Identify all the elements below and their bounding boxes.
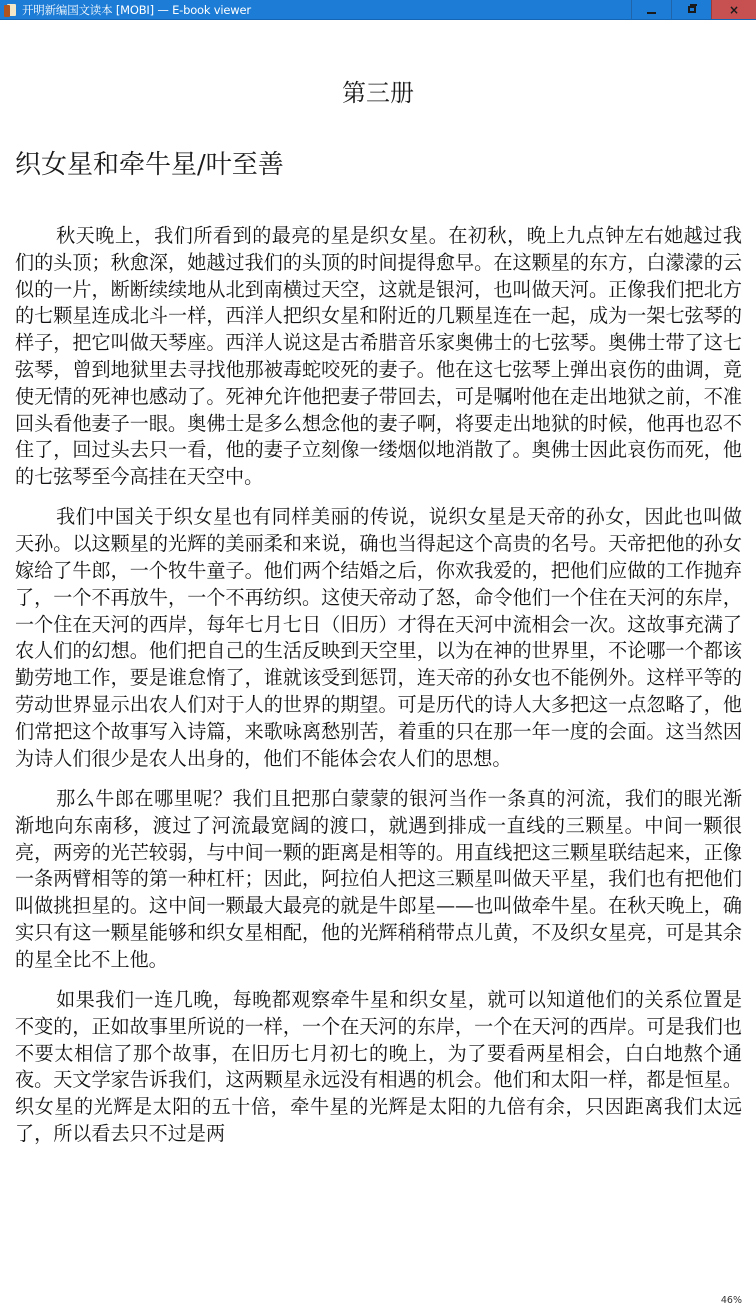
volume-heading: 第三册 [0, 77, 756, 109]
paragraph-1: 秋天晚上，我们所看到的最亮的星是织女星。在初秋，晚上九点钟左右她越过我们的头顶；… [15, 223, 742, 491]
paragraph-4: 如果我们一连几晚，每晚都观察牵牛星和织女星，就可以知道他们的关系位置是不变的，正… [15, 987, 742, 1148]
minimize-button[interactable] [631, 0, 671, 19]
paragraph-3: 那么牛郎在哪里呢？我们且把那白蒙蒙的银河当作一条真的河流，我们的眼光渐渐地向东南… [15, 786, 742, 974]
restore-button[interactable] [671, 0, 711, 19]
window-title: 开明新编国文读本 [MOBI] — E-book viewer [22, 2, 251, 18]
reading-area[interactable]: 秋天晚上，我们所看到的最亮的星是织女星。在初秋，晚上九点钟左右她越过我们的头顶；… [15, 223, 742, 1161]
titlebar-divider [0, 19, 756, 20]
close-button[interactable]: × [711, 0, 756, 19]
chapter-heading: 织女星和牵牛星/叶至善 [15, 148, 284, 182]
ebook-viewer-icon [4, 3, 17, 17]
restore-icon [688, 6, 696, 13]
window-titlebar[interactable]: 开明新编国文读本 [MOBI] — E-book viewer × [0, 0, 756, 20]
reading-progress: 46% [721, 1295, 742, 1306]
paragraph-2: 我们中国关于织女星也有同样美丽的传说，说织女星是天帝的孙女，因此也叫做天孙。以这… [15, 504, 742, 772]
minimize-icon [647, 12, 656, 14]
close-icon: × [729, 4, 739, 16]
